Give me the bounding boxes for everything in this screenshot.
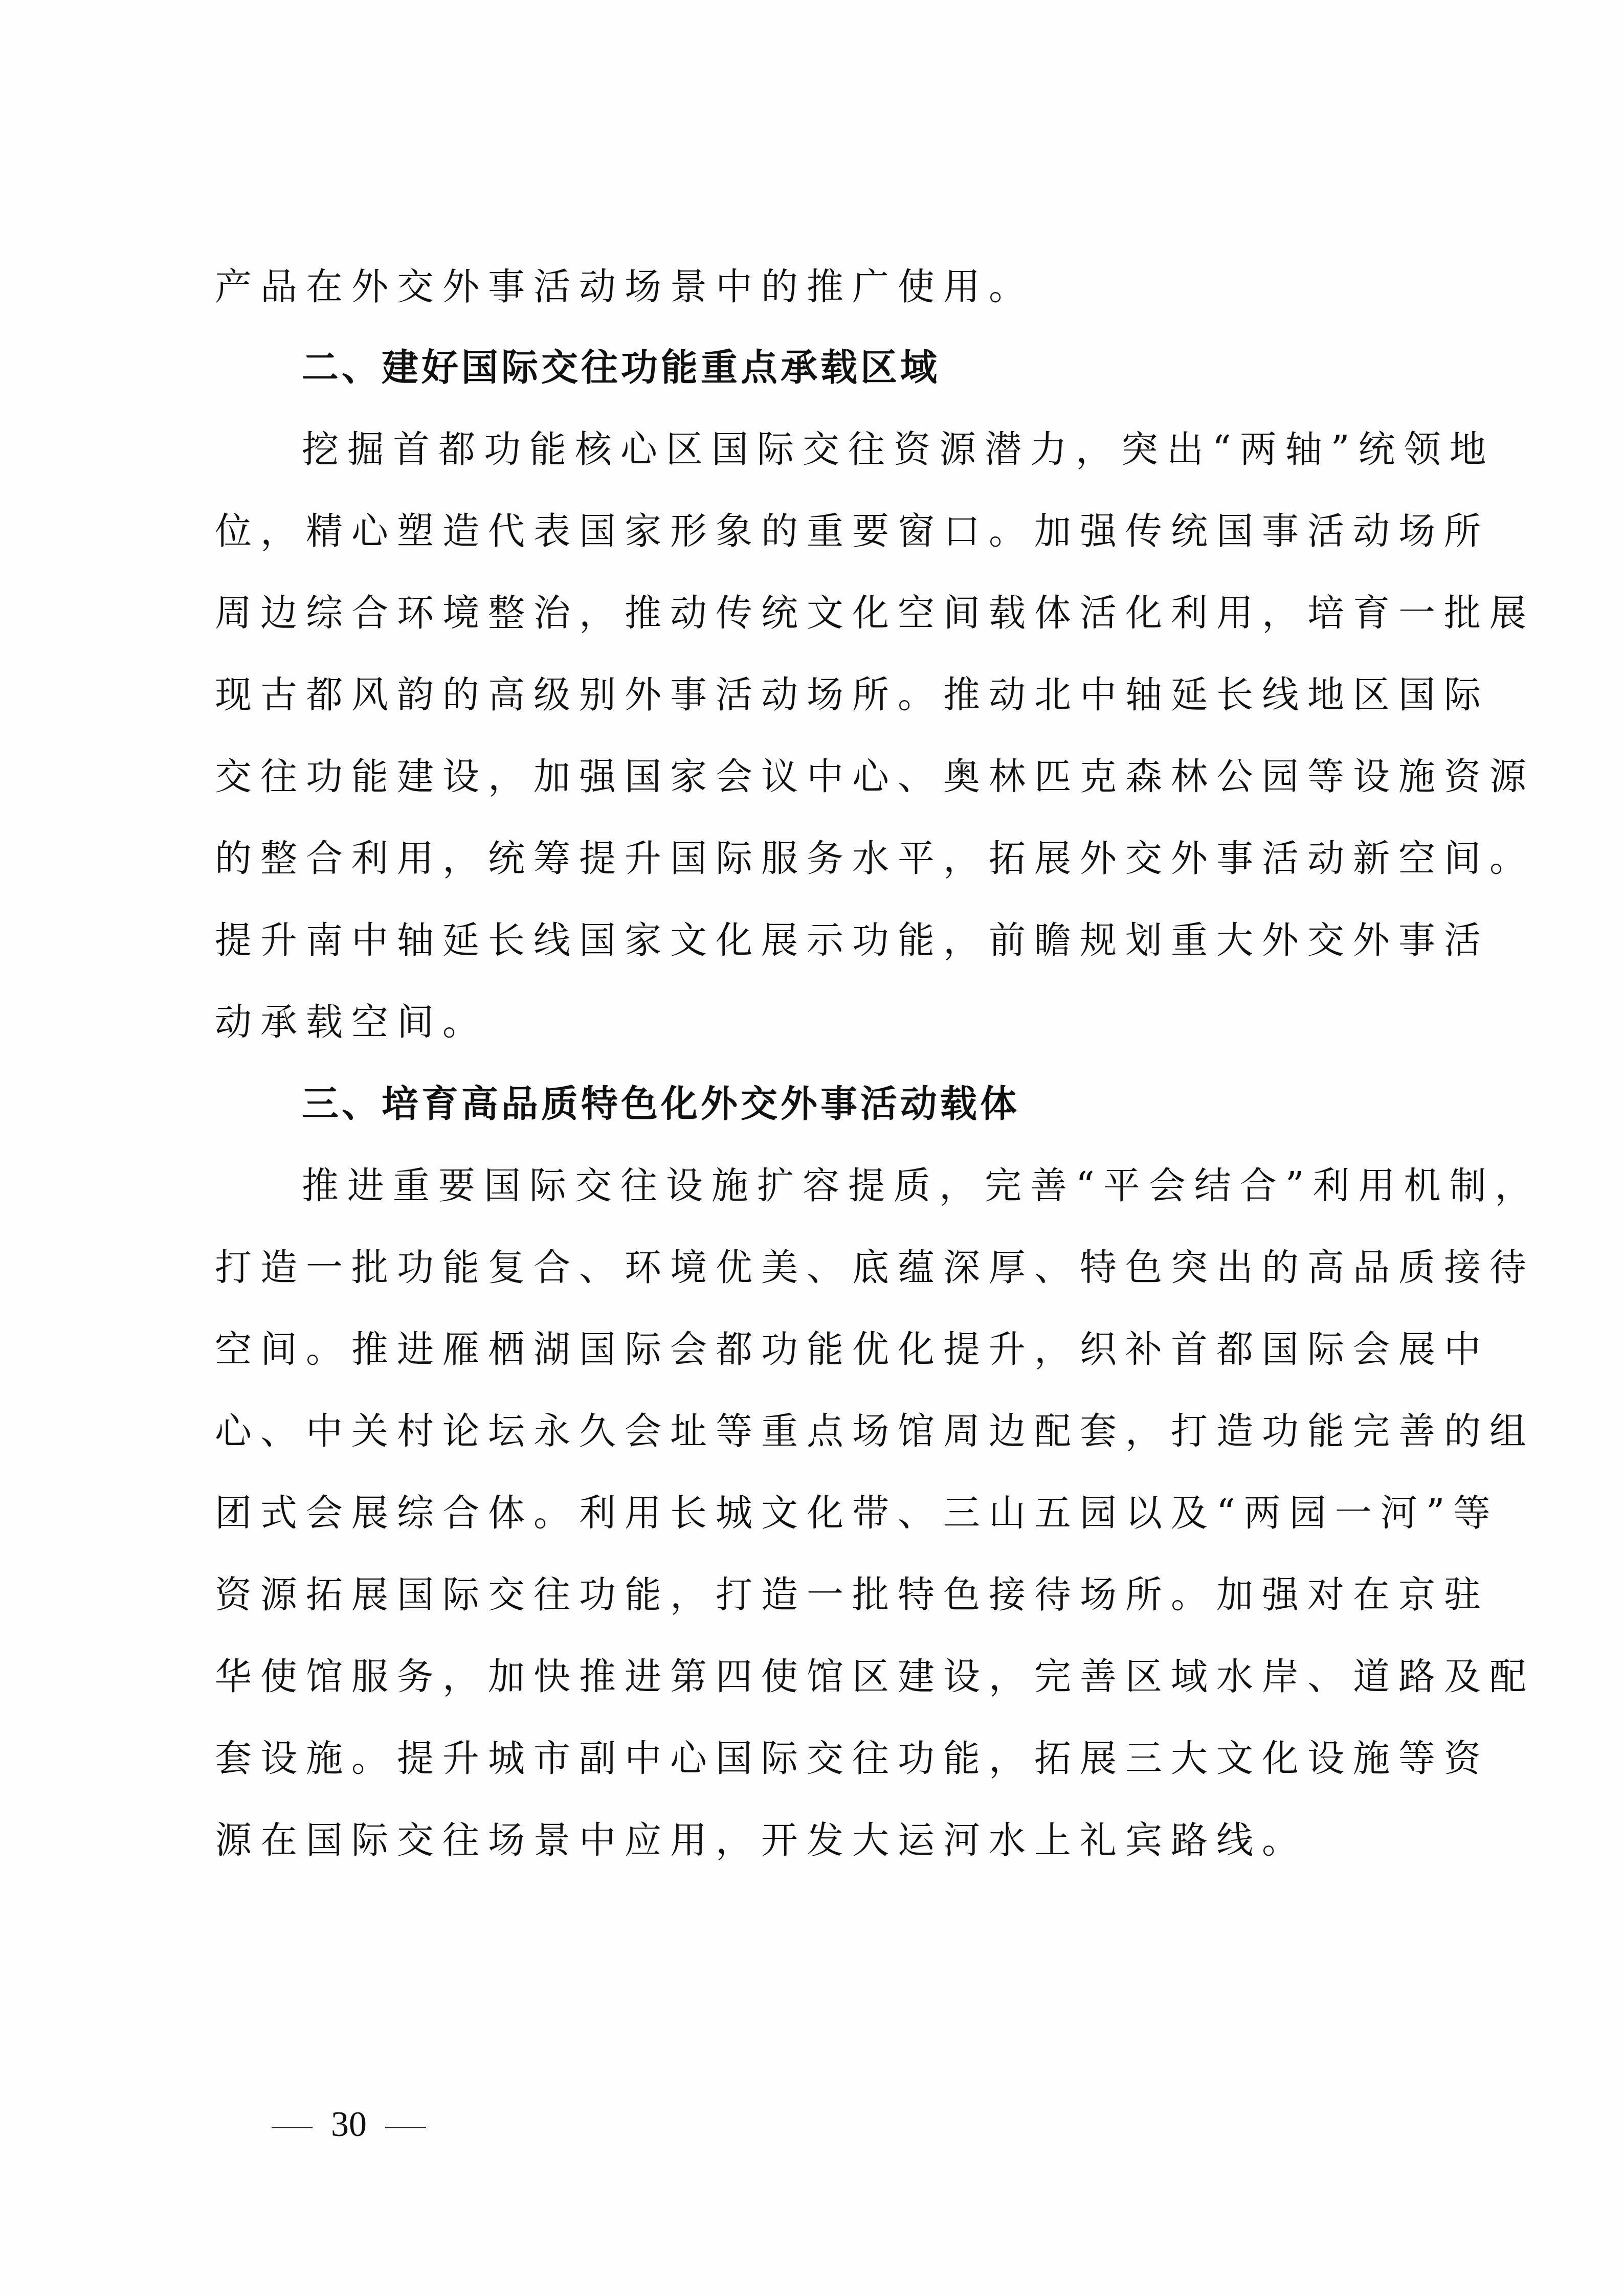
dash-left [272,2127,313,2128]
paragraph-line: 华使馆服务，加快推进第四使馆区建设，完善区域水岸、道路及配 [215,1651,1422,1702]
continuation-text: 产品在外交外事活动场景中的推广使用。 [215,261,1422,312]
paragraph-line: 打造一批功能复合、环境优美、底蕴深厚、特色突出的高品质接待 [215,1242,1422,1293]
section-heading-2: 二、建好国际交往功能重点承载区域 [302,342,1422,393]
paragraph-line: 资源拓展国际交往功能，打造一批特色接待场所。加强对在京驻 [215,1569,1422,1620]
page-number: 30 [331,2105,367,2144]
page-number-footer: 30 [253,2099,444,2150]
paragraph-line: 套设施。提升城市副中心国际交往功能，拓展三大文化设施等资 [215,1732,1422,1784]
dash-right [385,2127,426,2128]
paragraph-line: 挖掘首都功能核心区国际交往资源潜力，突出“两轴”统领地 [302,423,1422,475]
paragraph-line: 交往功能建设，加强国家会议中心、奥林匹克森林公园等设施资源 [215,751,1422,802]
document-page: 产品在外交外事活动场景中的推广使用。 二、建好国际交往功能重点承载区域 挖掘首都… [0,0,1624,2296]
paragraph-line: 位，精心塑造代表国家形象的重要窗口。加强传统国事活动场所 [215,505,1422,556]
paragraph-line: 空间。推进雁栖湖国际会都功能优化提升，织补首都国际会展中 [215,1323,1422,1375]
paragraph-line: 推进重要国际交往设施扩容提质，完善“平会结合”利用机制， [302,1160,1422,1211]
paragraph-line: 心、中关村论坛永久会址等重点场馆周边配套，打造功能完善的组 [215,1405,1422,1456]
paragraph-line: 的整合利用，统筹提升国际服务水平，拓展外交外事活动新空间。 [215,832,1422,884]
paragraph-line: 提升南中轴延长线国家文化展示功能，前瞻规划重大外交外事活 [215,914,1422,965]
paragraph-line: 现古都风韵的高级别外事活动场所。推动北中轴延长线地区国际 [215,669,1422,720]
section-heading-3: 三、培育高品质特色化外交外事活动载体 [302,1078,1422,1129]
paragraph-line: 源在国际交往场景中应用，开发大运河水上礼宾路线。 [215,1814,1422,1865]
paragraph-line: 周边综合环境整治，推动传统文化空间载体活化利用，培育一批展 [215,587,1422,638]
paragraph-line: 团式会展综合体。利用长城文化带、三山五园以及“两园一河”等 [215,1487,1422,1538]
paragraph-line: 动承载空间。 [215,996,1422,1047]
